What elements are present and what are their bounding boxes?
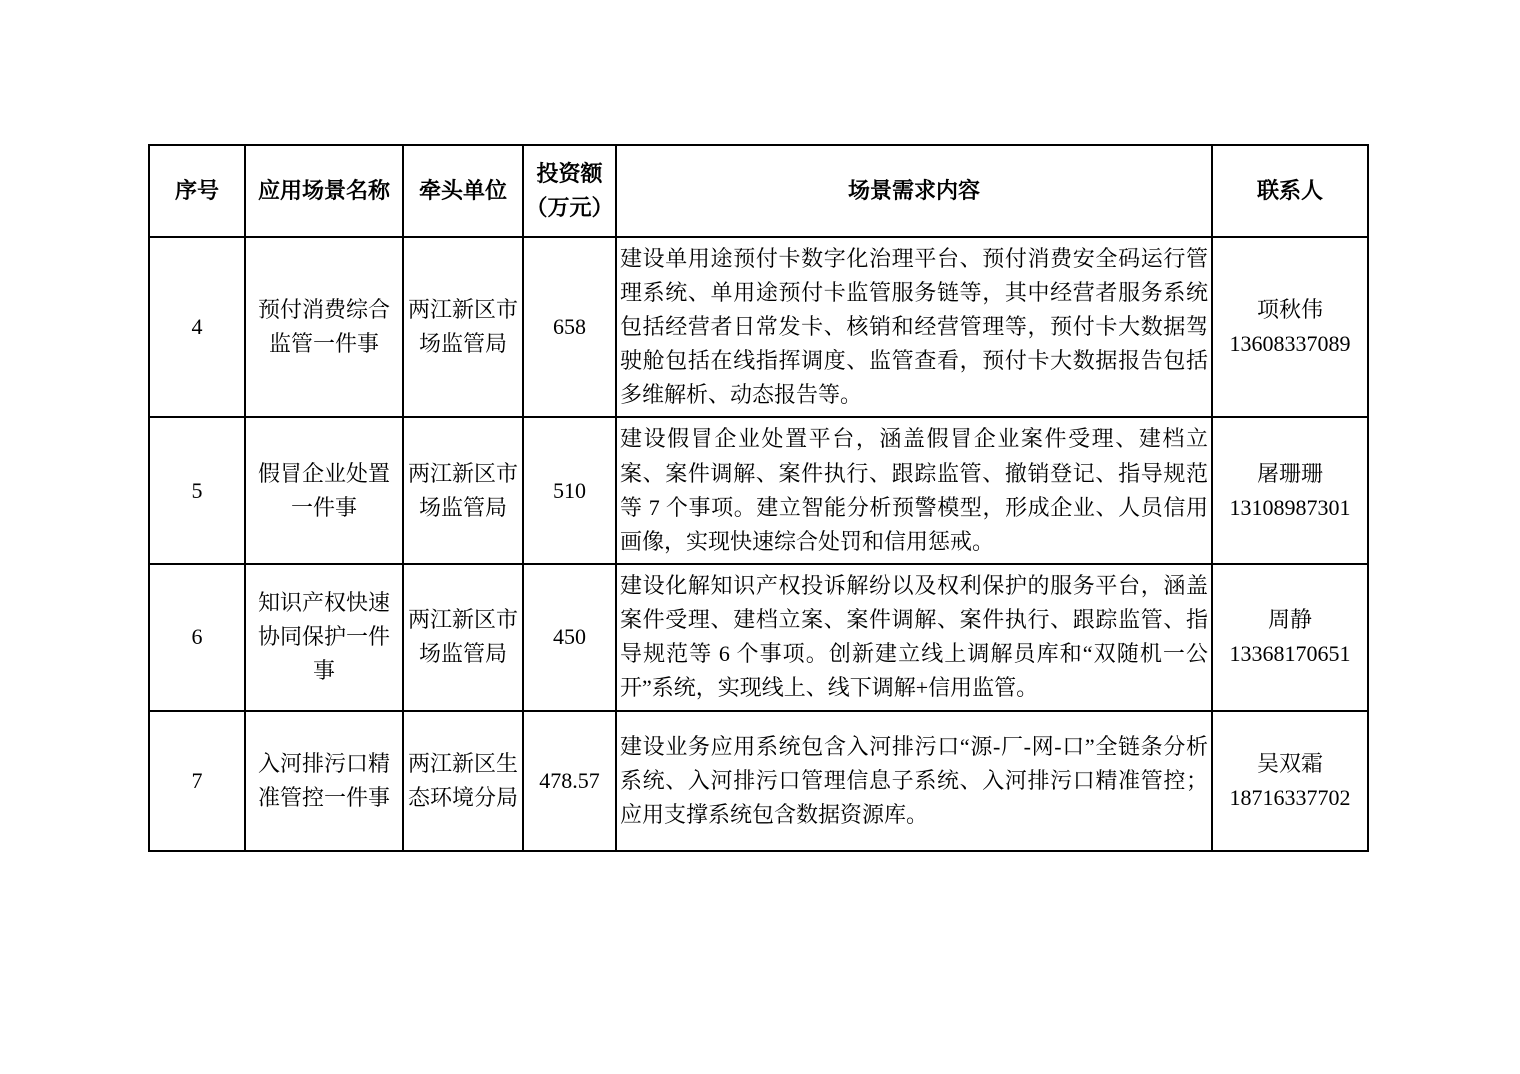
header-investment-line1: 投资额 [524,157,615,191]
header-cell-contact: 联系人 [1212,145,1368,237]
contact-name: 吴双霜 [1213,747,1367,781]
header-investment-line2: （万元） [524,191,615,225]
table-row: 6 知识产权快速协同保护一件事 两江新区市场监管局 450 建设化解知识产权投诉… [149,564,1368,711]
cell-scenario-name: 入河排污口精准管控一件事 [245,711,403,851]
header-cell-unit: 牵头单位 [403,145,523,237]
cell-investment: 658 [523,237,616,417]
contact-phone: 13368170651 [1213,637,1367,671]
header-cell-name: 应用场景名称 [245,145,403,237]
cell-contact: 屠珊珊 13108987301 [1212,417,1368,563]
table-row: 5 假冒企业处置一件事 两江新区市场监管局 510 建设假冒企业处置平台，涵盖假… [149,417,1368,563]
contact-name: 项秋伟 [1213,293,1367,327]
cell-requirement-content: 建设假冒企业处置平台，涵盖假冒企业案件受理、建档立案、案件调解、案件执行、跟踪监… [616,417,1212,563]
cell-index: 6 [149,564,245,711]
contact-name: 周静 [1213,603,1367,637]
cell-investment: 510 [523,417,616,563]
cell-lead-unit: 两江新区市场监管局 [403,417,523,563]
scenario-table: 序号 应用场景名称 牵头单位 投资额 （万元） 场景需求内容 联系人 4 预付消… [148,144,1369,852]
cell-scenario-name: 预付消费综合监管一件事 [245,237,403,417]
cell-lead-unit: 两江新区市场监管局 [403,564,523,711]
cell-index: 4 [149,237,245,417]
cell-contact: 周静 13368170651 [1212,564,1368,711]
table-header-row: 序号 应用场景名称 牵头单位 投资额 （万元） 场景需求内容 联系人 [149,145,1368,237]
cell-index: 5 [149,417,245,563]
contact-phone: 13608337089 [1213,327,1367,361]
cell-requirement-content: 建设单用途预付卡数字化治理平台、预付消费安全码运行管理系统、单用途预付卡监管服务… [616,237,1212,417]
contact-name: 屠珊珊 [1213,457,1367,491]
cell-lead-unit: 两江新区市场监管局 [403,237,523,417]
document-page: 序号 应用场景名称 牵头单位 投资额 （万元） 场景需求内容 联系人 4 预付消… [0,0,1520,1074]
contact-phone: 13108987301 [1213,491,1367,525]
header-cell-investment: 投资额 （万元） [523,145,616,237]
cell-contact: 项秋伟 13608337089 [1212,237,1368,417]
cell-index: 7 [149,711,245,851]
table-row: 4 预付消费综合监管一件事 两江新区市场监管局 658 建设单用途预付卡数字化治… [149,237,1368,417]
cell-requirement-content: 建设化解知识产权投诉解纷以及权利保护的服务平台，涵盖案件受理、建档立案、案件调解… [616,564,1212,711]
cell-investment: 450 [523,564,616,711]
cell-lead-unit: 两江新区生态环境分局 [403,711,523,851]
cell-requirement-content: 建设业务应用系统包含入河排污口“源-厂-网-口”全链条分析系统、入河排污口管理信… [616,711,1212,851]
cell-scenario-name: 知识产权快速协同保护一件事 [245,564,403,711]
header-cell-index: 序号 [149,145,245,237]
table-row: 7 入河排污口精准管控一件事 两江新区生态环境分局 478.57 建设业务应用系… [149,711,1368,851]
cell-contact: 吴双霜 18716337702 [1212,711,1368,851]
header-cell-content: 场景需求内容 [616,145,1212,237]
contact-phone: 18716337702 [1213,781,1367,815]
cell-scenario-name: 假冒企业处置一件事 [245,417,403,563]
cell-investment: 478.57 [523,711,616,851]
